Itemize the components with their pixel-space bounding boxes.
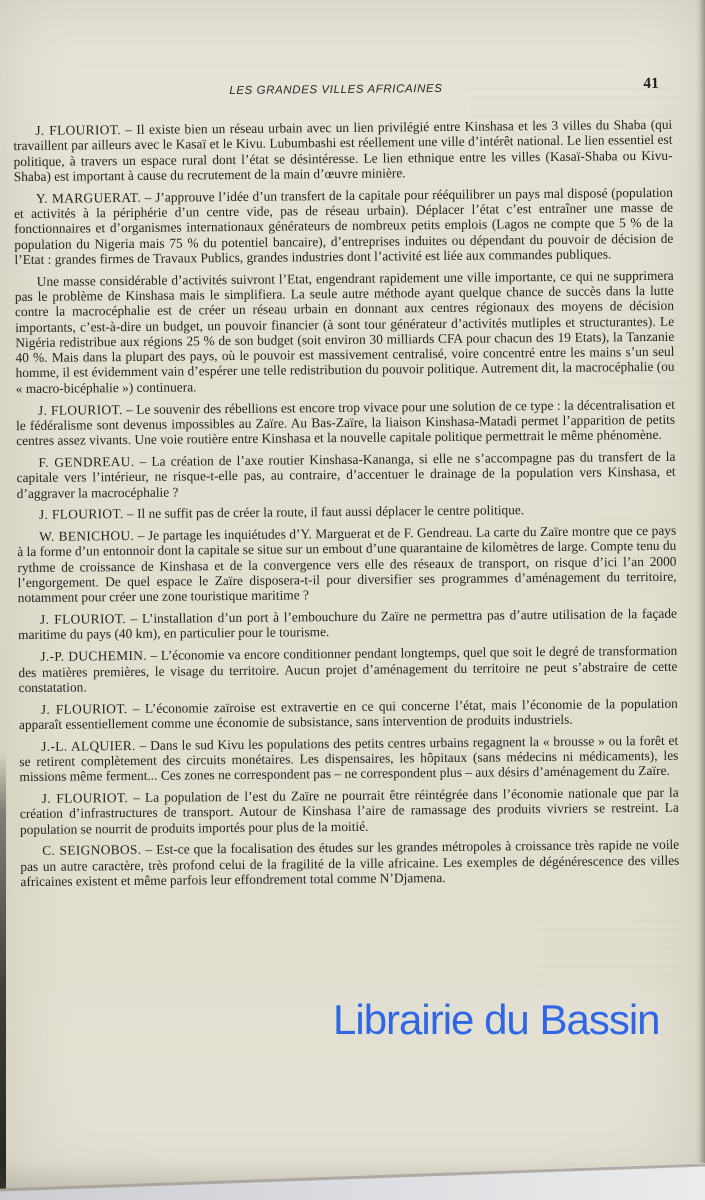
- page-number: 41: [643, 75, 659, 93]
- dialogue-paragraph: J. FLOURIOT. – Le souvenir des rébellion…: [16, 396, 675, 448]
- speaker-name: J.-P. DUCHEMIN.: [40, 648, 147, 664]
- speaker-name: J. FLOURIOT.: [35, 122, 121, 138]
- dialogue-paragraph: J.-L. ALQUIER. – Dans le sud Kivu les po…: [19, 732, 678, 784]
- running-title: LES GRANDES VILLES AFRICAINES: [229, 83, 442, 97]
- dialogue-paragraph: J. FLOURIOT. – Il existe bien un réseau …: [13, 117, 673, 185]
- speaker-name: C. SEIGNOBOS.: [42, 842, 141, 858]
- dialogue-paragraph: J. FLOURIOT. – L’installation d’un port …: [18, 606, 677, 643]
- speaker-name: J. FLOURIOT.: [40, 611, 126, 627]
- dialogue-paragraph: Y. MARGUERAT. – J’approuve l’idée d’un t…: [14, 184, 674, 267]
- dialogue-paragraph: J. FLOURIOT. – Il ne suffit pas de créer…: [17, 501, 676, 523]
- dialogue-paragraph: C. SEIGNOBOS. – Est-ce que la focalisati…: [20, 837, 679, 889]
- dialogue-paragraph: J. FLOURIOT. – L’économie zaïroise est e…: [19, 695, 678, 732]
- dialogue-paragraph: Une masse considérable d’activités suivr…: [15, 267, 675, 396]
- page-right-edge-shadow: [696, 0, 705, 1168]
- speaker-name: J. FLOURIOT.: [42, 790, 129, 806]
- speaker-name: Y. MARGUERAT.: [36, 190, 141, 206]
- bookseller-watermark: Librairie du Bassin: [333, 996, 660, 1044]
- speaker-name: J.-L. ALQUIER.: [41, 738, 136, 754]
- dialogue-paragraph: J. FLOURIOT. – La population de l’est du…: [20, 785, 679, 837]
- speaker-name: J. FLOURIOT.: [39, 506, 124, 522]
- dialogue-transcript: J. FLOURIOT. – Il existe bien un réseau …: [13, 117, 679, 896]
- speaker-name: J. FLOURIOT.: [38, 402, 123, 418]
- page-left-edge-shadow: [0, 752, 6, 1192]
- paragraph-text: Une masse considérable d’activités suivr…: [15, 267, 675, 395]
- paragraph-text: – Il ne suffit pas de créer la route, il…: [124, 503, 525, 522]
- dialogue-paragraph: J.-P. DUCHEMIN. – L’économie va encore c…: [18, 643, 677, 695]
- dialogue-paragraph: W. BENICHOU. – Je partage les inquiétude…: [17, 523, 677, 606]
- speaker-name: W. BENICHOU.: [39, 528, 134, 544]
- dialogue-paragraph: F. GENDREAU. – La création de l’axe rout…: [16, 449, 675, 501]
- speaker-name: J. FLOURIOT.: [41, 701, 128, 717]
- speaker-name: F. GENDREAU.: [38, 454, 134, 470]
